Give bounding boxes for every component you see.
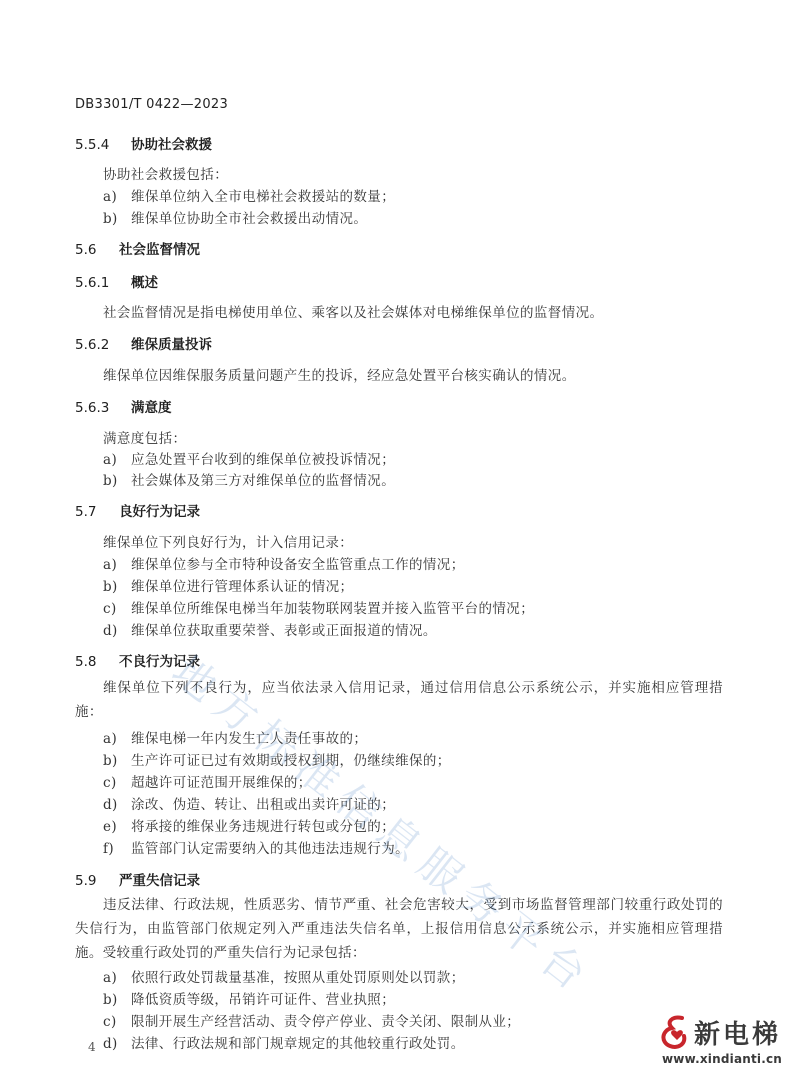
list-text: 将承接的维保业务违规进行转包或分包的； [131,819,395,835]
heading-5-6-3: 5.6.3满意度 [75,396,172,416]
heading-5-7: 5.7良好行为记录 [75,500,200,520]
list-text: 维保单位获取重要荣誉、表彰或正面报道的情况。 [131,623,437,639]
list-item: e)将承接的维保业务违规进行转包或分包的； [103,815,395,835]
heading-number: 5.6.1 [75,275,131,291]
list-marker: b) [103,579,131,595]
list-marker: b) [103,992,131,1008]
list-item: a)维保电梯一年内发生亡人责任事故的； [103,727,367,747]
list-marker: a) [103,557,131,573]
list-item: b)生产许可证已过有效期或授权到期，仍继续维保的； [103,749,451,769]
heading-5-6-2: 5.6.2维保质量投诉 [75,333,212,353]
list-marker: f) [103,841,131,857]
list-marker: c) [103,775,131,791]
list-marker: d) [103,797,131,813]
heading-title: 不良行为记录 [119,654,200,670]
list-text: 社会媒体及第三方对维保单位的监督情况。 [131,473,395,489]
list-item: d)涂改、伪造、转让、出租或出卖许可证的； [103,793,395,813]
heading-5-6-1: 5.6.1概述 [75,271,158,291]
list-text: 涂改、伪造、转让、出租或出卖许可证的； [131,797,395,813]
list-marker: a) [103,189,131,205]
heading-number: 5.8 [75,654,119,670]
list-marker: b) [103,753,131,769]
list-marker: e) [103,819,131,835]
heading-number: 5.6.3 [75,400,131,416]
body-text: 社会监督情况是指电梯使用单位、乘客以及社会媒体对电梯维保单位的监督情况。 [103,301,603,321]
list-item: c)维保单位所维保电梯当年加装物联网装置并接入监管平台的情况； [103,597,534,617]
list-item: b)维保单位协助全市社会救援出动情况。 [103,207,367,227]
list-item: a)应急处置平台收到的维保单位被投诉情况； [103,448,395,468]
list-text: 生产许可证已过有效期或授权到期，仍继续维保的； [131,753,451,769]
list-item: f)监管部门认定需要纳入的其他违法违规行为。 [103,837,409,857]
document-code: DB3301/T 0422—2023 [75,97,228,112]
list-item: a)依照行政处罚裁量基准，按照从重处罚原则处以罚款； [103,966,465,986]
list-marker: c) [103,601,131,617]
heading-title: 概述 [131,275,158,291]
heading-title: 满意度 [131,400,172,416]
heading-5-6: 5.6社会监督情况 [75,238,200,258]
list-text: 维保单位所维保电梯当年加装物联网装置并接入监管平台的情况； [131,601,534,617]
heading-number: 5.6.2 [75,337,131,353]
intro-text: 协助社会救援包括： [103,163,228,183]
list-text: 超越许可证范围开展维保的； [131,775,312,791]
list-text: 维保单位协助全市社会救援出动情况。 [131,211,367,227]
heading-title: 维保质量投诉 [131,337,212,353]
list-item: a)维保单位纳入全市电梯社会救援站的数量； [103,185,395,205]
list-item: d)维保单位获取重要荣誉、表彰或正面报道的情况。 [103,619,437,639]
body-text: 维保单位因维保服务质量问题产生的投诉，经应急处置平台核实确认的情况。 [103,364,576,384]
body-paragraph: 维保单位下列不良行为，应当依法录入信用记录，通过信用信息公示系统公示，并实施相应… [75,676,723,724]
logo-url[interactable]: www.xindianti.cn [662,1052,782,1066]
document-page: DB3301/T 0422—2023 5.5.4协助社会救援 协助社会救援包括：… [0,0,800,1080]
heading-number: 5.7 [75,504,119,520]
intro-text: 维保单位下列良好行为，计入信用记录： [103,531,353,551]
list-text: 限制开展生产经营活动、责令停产停业、责令关闭、限制从业； [131,1014,520,1030]
list-item: a)维保单位参与全市特种设备安全监管重点工作的情况； [103,553,465,573]
heading-5-9: 5.9严重失信记录 [75,869,200,889]
heading-number: 5.9 [75,873,119,889]
list-item: d)法律、行政法规和部门规章规定的其他较重行政处罚。 [103,1032,465,1052]
heading-title: 协助社会救援 [131,137,212,153]
page-number: 4 [88,1040,96,1054]
list-text: 降低资质等级，吊销许可证件、营业执照； [131,992,395,1008]
list-text: 维保单位纳入全市电梯社会救援站的数量； [131,189,395,205]
heading-number: 5.6 [75,242,119,258]
list-marker: a) [103,970,131,986]
site-logo[interactable]: 新电梯 www.xindianti.cn [656,1012,796,1072]
list-marker: b) [103,473,131,489]
list-text: 依照行政处罚裁量基准，按照从重处罚原则处以罚款； [131,970,465,986]
list-text: 维保单位进行管理体系认证的情况； [131,579,353,595]
list-marker: d) [103,1036,131,1052]
list-text: 维保单位参与全市特种设备安全监管重点工作的情况； [131,557,465,573]
heading-title: 良好行为记录 [119,504,200,520]
list-text: 监管部门认定需要纳入的其他违法违规行为。 [131,841,409,857]
logo-name: 新电梯 [694,1014,781,1051]
heading-title: 严重失信记录 [119,873,200,889]
list-marker: b) [103,211,131,227]
list-item: b)降低资质等级，吊销许可证件、营业执照； [103,988,395,1008]
list-marker: a) [103,731,131,747]
list-text: 法律、行政法规和部门规章规定的其他较重行政处罚。 [131,1036,465,1052]
list-marker: c) [103,1014,131,1030]
heading-title: 社会监督情况 [119,242,200,258]
list-item: c)超越许可证范围开展维保的； [103,771,312,791]
logo-mark-icon [658,1014,692,1050]
body-paragraph: 违反法律、行政法规，性质恶劣、情节严重、社会危害较大，受到市场监督管理部门较重行… [75,893,723,965]
heading-5-8: 5.8不良行为记录 [75,650,200,670]
list-item: b)维保单位进行管理体系认证的情况； [103,575,353,595]
intro-text: 满意度包括： [103,427,186,447]
list-marker: a) [103,452,131,468]
list-item: b)社会媒体及第三方对维保单位的监督情况。 [103,469,395,489]
list-text: 维保电梯一年内发生亡人责任事故的； [131,731,367,747]
list-text: 应急处置平台收到的维保单位被投诉情况； [131,452,395,468]
heading-number: 5.5.4 [75,137,131,153]
list-marker: d) [103,623,131,639]
heading-5-5-4: 5.5.4协助社会救援 [75,133,212,153]
list-item: c)限制开展生产经营活动、责令停产停业、责令关闭、限制从业； [103,1010,520,1030]
